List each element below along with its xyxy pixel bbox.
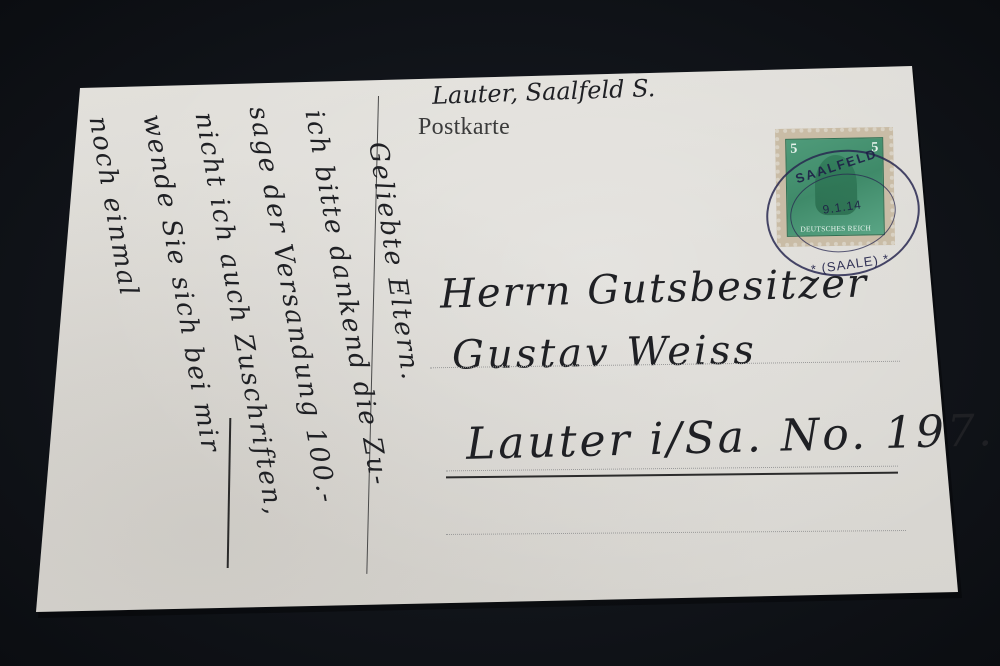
postkarte-heading: Postkarte (418, 114, 510, 141)
address-line-2: Gustav Weiss (452, 327, 758, 378)
stamp-value-left: 5 (790, 142, 797, 158)
photo-scene: Postkarte Lauter, Saalfeld S. 5 5 DEUTSC… (0, 0, 1000, 666)
